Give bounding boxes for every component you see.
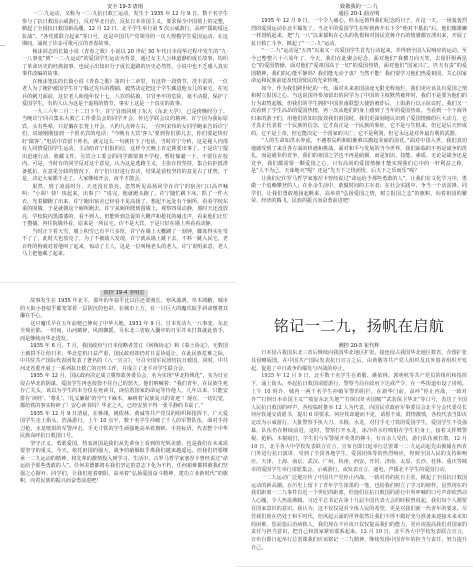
paragraph: 1935 年 12 月 9 日，北平数千名学生在黄敬、姚依林、郭明秋等共产党员的… <box>251 373 467 474</box>
page-title: 致敬我的一二·九 <box>251 4 467 11</box>
page-margin-marker <box>0 45 5 46</box>
page-title: 铭记一二九，扬帆在启航 <box>251 315 467 337</box>
paragraph: 这只魔爪早在五年前便已伸向了中华大地。1931 年 9 月，日本发动九一八事变，… <box>20 321 228 344</box>
paragraph: 日本侵占我国东北三省后继续向我国华北地区扩张，接连侵占我国华北地区数省，企图扩张… <box>251 350 467 373</box>
paragraph: 坚守正义、勇敢爱国，热衷祖国是我们从先辈身上看到的光辉美德，也是我们在未来需要坚… <box>20 441 228 486</box>
paragraph: 1935 年 12 月，国民政府决定成立冀察政务委员会，名为实现“华北特殊化”，… <box>20 373 228 411</box>
paragraph: 杨沫同志的长篇小说《青春之歌》小说以 20 世纪 30 年代日本侵华过程中发生的… <box>22 49 228 79</box>
paragraph: 故事发生在 1935 年北平，那年的冬似乎比以往还要漫长，寒风凛冽，草木凋敝，城… <box>20 298 228 321</box>
paragraph: “人的生命如洪水奔流，不遇着岛屿和暗礁难以激起美丽的浪花。”面对中国入世，我们真… <box>251 138 467 176</box>
paragraph: 一九三六年二月二十二日下午，许宁冒雨回到了东大（东北大学），已是傍晚时分了。当晚… <box>22 109 228 184</box>
document-page-1: 安全 19-3 唐雨 一二·九运动，又称为一二·九抗日救亡运动，发生于 1935… <box>0 0 236 270</box>
document-page-4: 铭记一二九，扬帆在启航 测控 20-5 崔代辉 日本侵占我国东北三省后继续向我国… <box>237 285 473 582</box>
document-page-3: 铁控 19-4 李明宏 故事发生在 1935 年北平，那年的冬似乎比以往还要漫长… <box>0 290 236 582</box>
paragraph: 在杨沫笔法的长篇小说《青春之歌》第四十二章里，有这样一段情节，冼丰雷同，一位老人… <box>22 79 228 109</box>
page-author-header: 通信 20-1 曲宣明 <box>251 11 467 18</box>
paragraph: 让我们记住罗马哲学家塞涅卡曾经说过“命运给予那些勇敢的人”，让我们在文化学习中，… <box>251 176 467 206</box>
page-author-header: 测控 20-5 崔代辉 <box>251 343 467 350</box>
paragraph: 1935 年 12 月 9 日清晨，在蒋翊、姚依林、黄诚等共产党员的组织和指挥下… <box>20 411 228 441</box>
page-separator <box>237 566 473 567</box>
document-page-2: 致敬我的一二·九 通信 20-1 曲宣明 1935 年 12 月 9 日，一个令… <box>237 0 473 270</box>
paragraph: 果然，到了凌晨时分，天还没有放亮，忽然听见高扬同学在许宁的宿舍门口高声喊叫：“小… <box>22 184 228 229</box>
paragraph: 一二·九运动，又称为一二·九抗日救亡运动，发生于 1935 年 12 月 9 日… <box>22 11 228 49</box>
paragraph: 如今，作为我们跨世纪的一代，面对未来祖国前途无限光辉灿烂，我们更应该具有爱国之情… <box>251 86 467 139</box>
paragraph: “一二·九”运动是“五四”以来又一次爱国学生首先行动起来，并得到全国人民响应的运… <box>251 48 467 86</box>
page-author-header: 安全 19-3 唐雨 <box>22 4 228 11</box>
page-author-badge: 铁控 19-4 李明宏 <box>100 290 147 297</box>
page-separator <box>0 282 236 283</box>
paragraph: 一二九运动广泛地宣传了中国共产党停止内战、一致对外的抗日主张，掀起了全国抗日救国… <box>251 475 467 553</box>
paragraph: 当时正下着大雪，墙上积雪已有半尺多厚，许宁在墙上大概蹲了一刻钟，脚冻得实在受不了… <box>22 229 228 259</box>
paragraph: 1935 年 6 月、7 月，我国政府与日本侵略者签订《何梅协定》和《秦土协定》… <box>20 343 228 373</box>
paragraph: 1935 年 12 月 9 日，一个令人痛心，但永远值得我们纪念的日子。在这一天… <box>251 18 467 48</box>
